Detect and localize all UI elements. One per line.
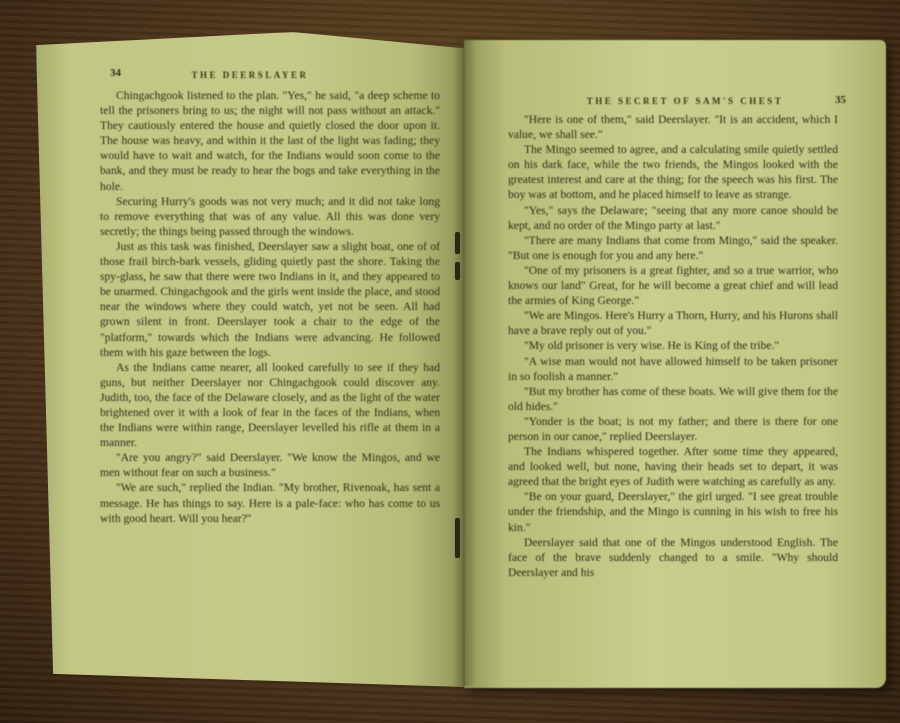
paragraph: As the Indians came nearer, all looked c… bbox=[100, 360, 440, 451]
right-running-head: THE SECRET OF SAM'S CHEST bbox=[484, 96, 886, 106]
paragraph: Just as this task was finished, Deerslay… bbox=[100, 239, 440, 360]
paragraph: "But my brother has come of these boats.… bbox=[508, 384, 838, 414]
right-page: THE SECRET OF SAM'S CHEST 35 "Here is on… bbox=[464, 40, 886, 688]
left-page-body: Chingachgook listened to the plan. "Yes,… bbox=[100, 88, 440, 526]
paragraph: "There are many Indians that come from M… bbox=[508, 233, 838, 263]
open-book: 34 THE DEERSLAYER Chingachgook listened … bbox=[0, 0, 900, 723]
paragraph: Chingachgook listened to the plan. "Yes,… bbox=[100, 88, 440, 194]
left-page: 34 THE DEERSLAYER Chingachgook listened … bbox=[36, 32, 464, 687]
paragraph: Deerslayer said that one of the Mingos u… bbox=[508, 535, 838, 580]
book-gutter bbox=[452, 36, 476, 686]
paragraph: "Are you angry?" said Deerslayer. "We kn… bbox=[100, 450, 440, 480]
right-page-number: 35 bbox=[835, 94, 846, 106]
right-page-body: "Here is one of them," said Deerslayer. … bbox=[508, 112, 838, 580]
staple-mark bbox=[455, 232, 460, 254]
paragraph: "One of my prisoners is a great fighter,… bbox=[508, 263, 838, 308]
paragraph: "Yonder is the boat; is not my father; a… bbox=[508, 414, 838, 444]
paragraph: "Yes," says the Delaware; "seeing that a… bbox=[508, 203, 838, 233]
paragraph: The Indians whispered together. After so… bbox=[508, 444, 838, 489]
paragraph: "Be on your guard, Deerslayer," the girl… bbox=[508, 489, 838, 534]
paragraph: "We are such," replied the Indian. "My b… bbox=[100, 480, 440, 525]
left-running-head: THE DEERSLAYER bbox=[36, 70, 464, 80]
paragraph: "A wise man would not have allowed himse… bbox=[508, 354, 838, 384]
paragraph: "We are Mingos. Here's Hurry a Thorn, Hu… bbox=[508, 308, 838, 338]
paragraph: "My old prisoner is very wise. He is Kin… bbox=[508, 338, 838, 353]
paragraph: The Mingo seemed to agree, and a calcula… bbox=[508, 142, 838, 202]
staple-mark bbox=[455, 518, 460, 558]
paragraph: Securing Hurry's goods was not very much… bbox=[100, 194, 440, 239]
paragraph: "Here is one of them," said Deerslayer. … bbox=[508, 112, 838, 142]
staple-mark bbox=[455, 262, 460, 280]
